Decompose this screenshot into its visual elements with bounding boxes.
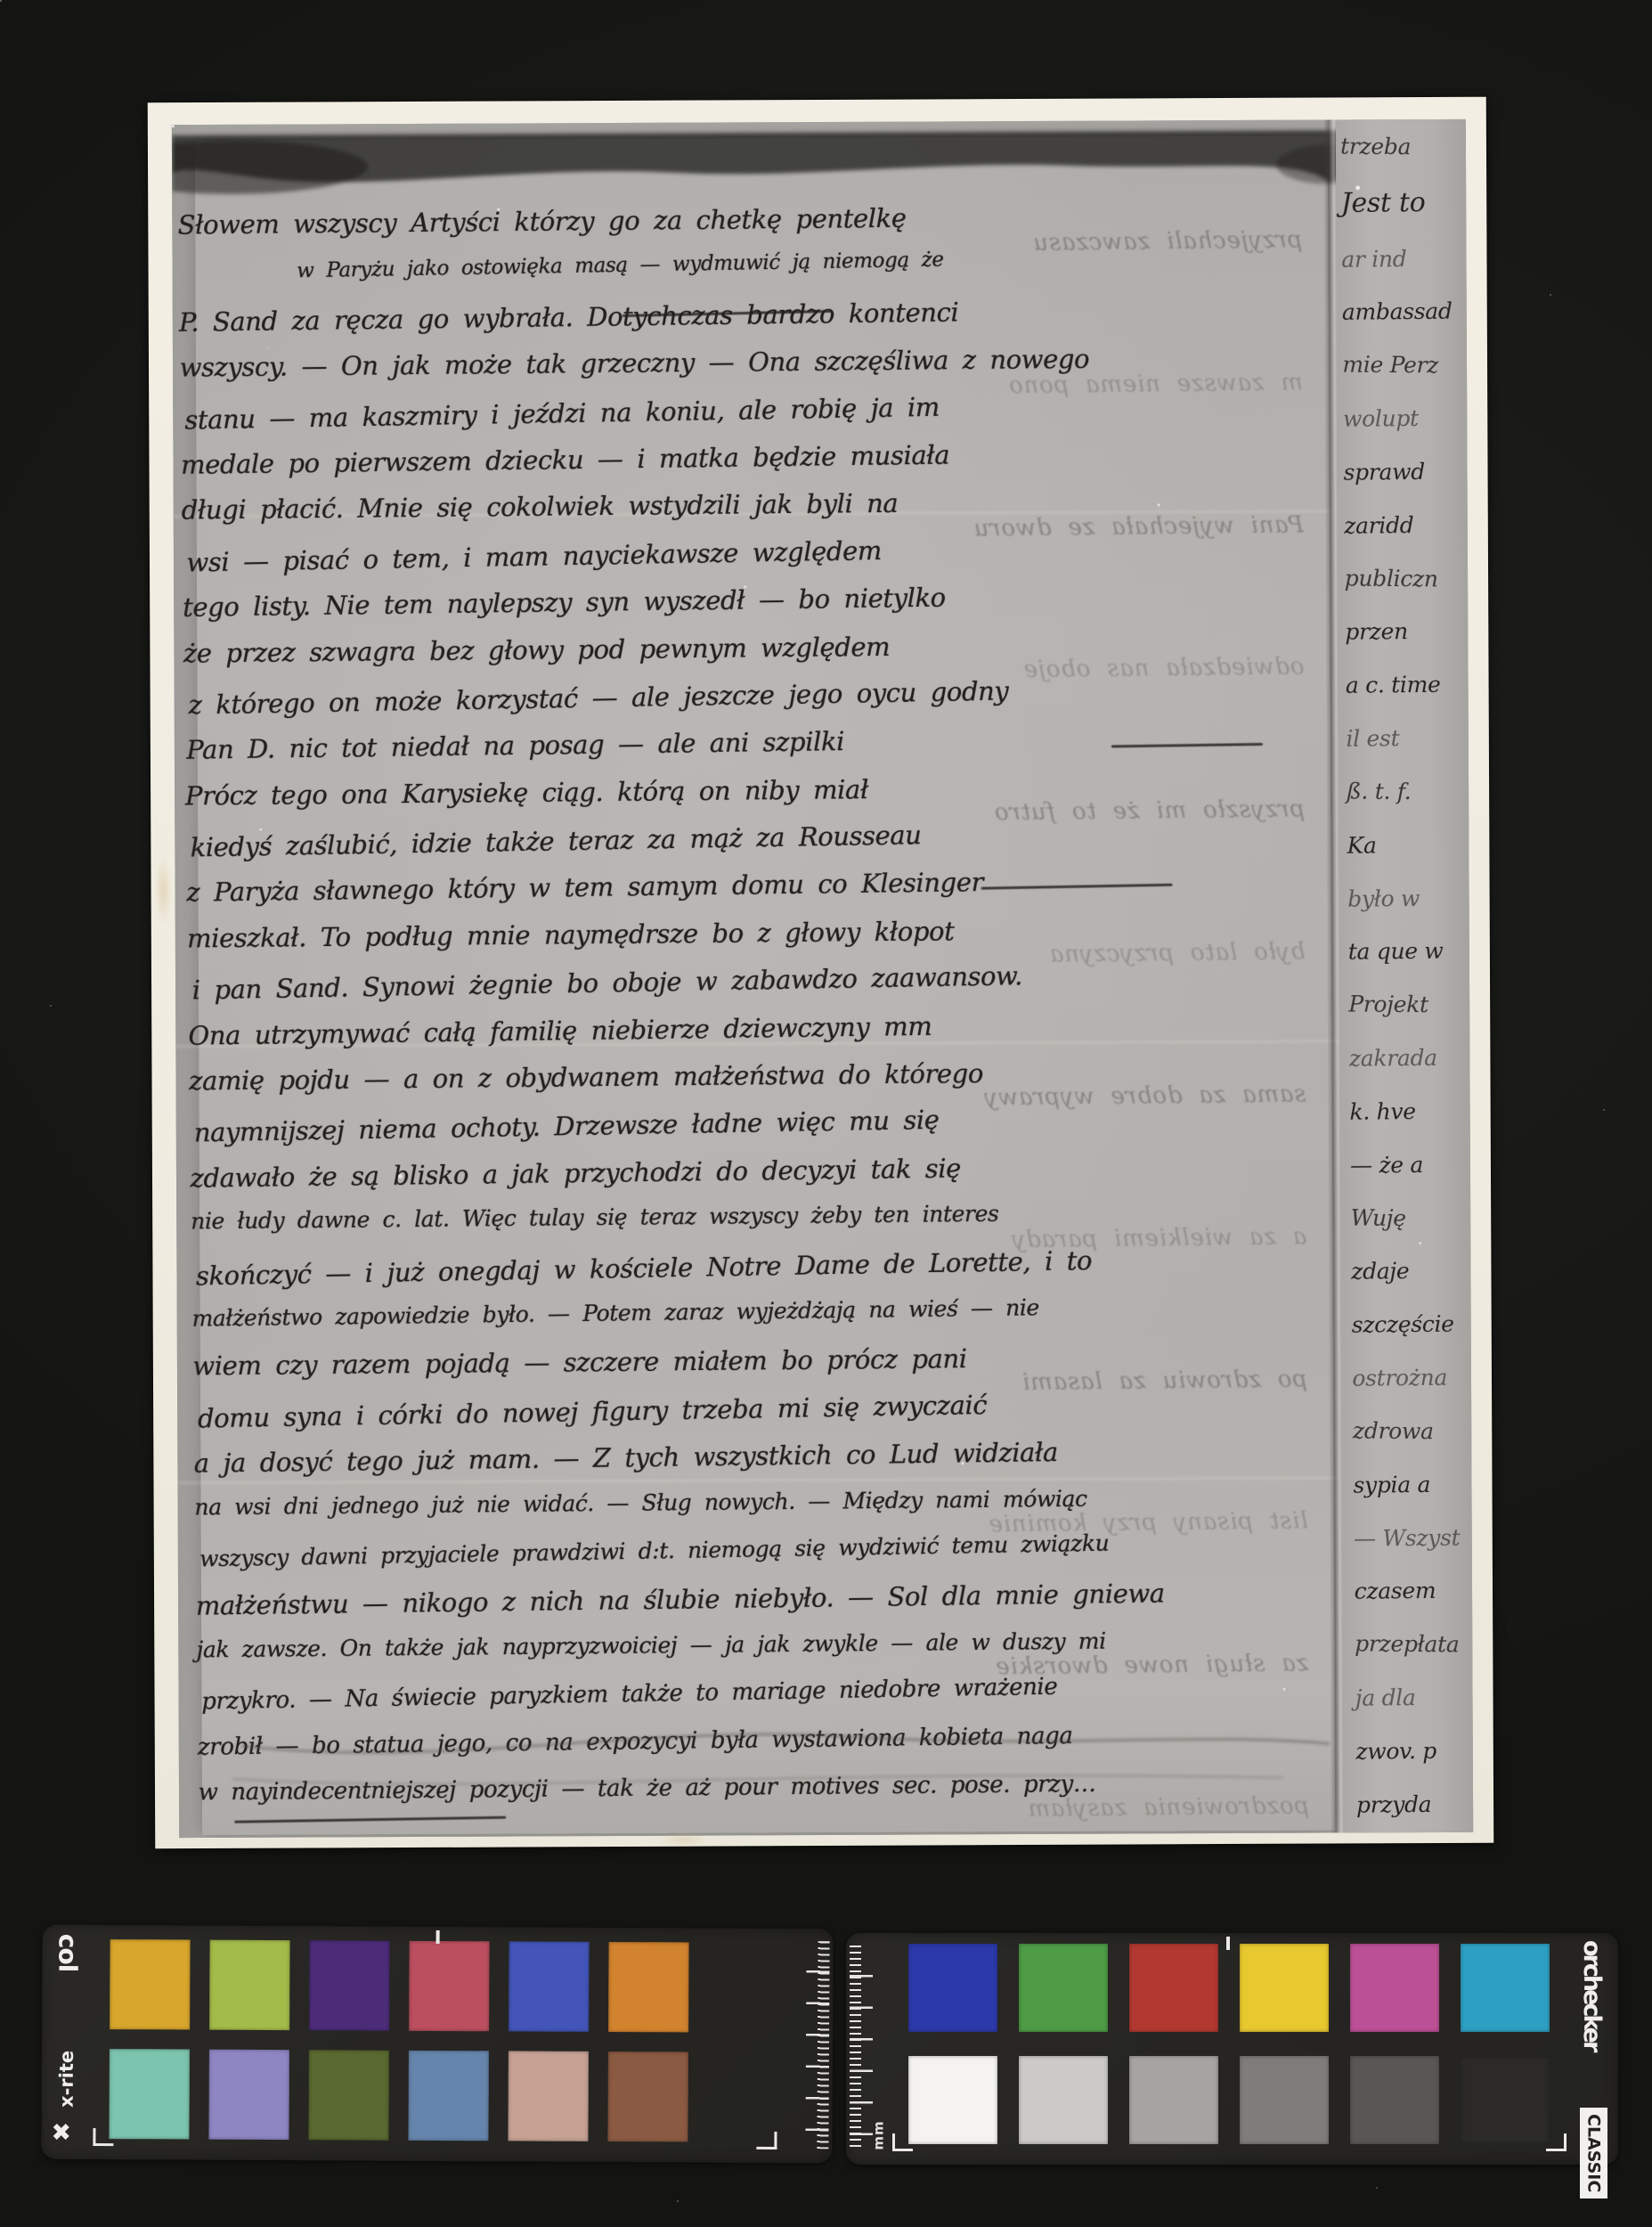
second-page-text-fragment: szczęście xyxy=(1352,1311,1474,1338)
colorchecker-right-strip: mm orchecker CLASSIC xyxy=(846,1933,1618,2165)
corner-bracket xyxy=(892,2133,913,2151)
color-patch xyxy=(1240,2056,1329,2144)
dust-specks xyxy=(172,125,175,127)
photo-print: przyjechali zawczasum zawsze niema ponoP… xyxy=(148,97,1494,1849)
color-patch-grid xyxy=(109,1939,688,2141)
index-tick xyxy=(1226,1937,1230,1950)
color-patch xyxy=(1461,1944,1550,2032)
color-patch xyxy=(1019,2056,1108,2144)
color-patch xyxy=(908,1944,997,2032)
color-patch xyxy=(908,2056,997,2144)
second-page-text-fragment: zakrada xyxy=(1349,1045,1473,1072)
ink-underline xyxy=(293,1837,523,1838)
second-page-text-fragment: przepłata xyxy=(1355,1631,1473,1658)
color-patch xyxy=(308,2050,389,2140)
color-patch xyxy=(607,2052,688,2141)
second-page-text-fragment: czasem xyxy=(1355,1578,1474,1604)
colorchecker-left-strip: col x-rite ✖ xyxy=(41,1925,833,2164)
second-page-text-fragment: Projekt xyxy=(1348,991,1473,1018)
handwriting-block: Słowem wszyscy Artyści którzy go za chet… xyxy=(177,197,1347,1829)
color-patch xyxy=(109,2049,190,2139)
corner-bracket xyxy=(1546,2133,1567,2151)
color-patch xyxy=(508,2051,589,2141)
second-page-text-fragment: trzeba xyxy=(1340,134,1465,160)
paper-stain xyxy=(155,855,171,925)
second-page-text-column: trzebaJest toar indambassadmie Perzwolup… xyxy=(1340,133,1473,1817)
second-page-edge: trzebaJest toar indambassadmie Perzwolup… xyxy=(1336,119,1473,1833)
page-bottom-curve xyxy=(179,1701,1474,1813)
second-page-text-fragment: wolupt xyxy=(1343,405,1468,432)
second-page-text-fragment: zaridd xyxy=(1344,511,1469,538)
second-page-text-fragment: k. hve xyxy=(1349,1097,1473,1124)
index-tick xyxy=(436,1930,440,1944)
color-patch xyxy=(1129,2056,1218,2144)
color-patch xyxy=(209,1940,290,2030)
color-patch xyxy=(509,1941,590,2031)
second-page-text-fragment: sprawd xyxy=(1343,458,1468,485)
colorchecker-wordmark-fragment-left: col xyxy=(53,1934,82,1972)
copy-stand-background: przyjechali zawczasum zawsze niema ponoP… xyxy=(0,0,1652,2227)
second-page-text-fragment: ß. t. f. xyxy=(1347,779,1471,805)
colorchecker-wordmark-fragment-right: orchecker xyxy=(1578,1940,1606,2050)
second-page-text-fragment: ostrożna xyxy=(1352,1364,1473,1391)
color-patch xyxy=(1129,1944,1218,2032)
xrite-logo-icon: ✖ xyxy=(51,2121,71,2145)
manuscript-photograph: przyjechali zawczasum zawsze niema ponoP… xyxy=(172,119,1473,1838)
second-page-text-fragment: zdaje xyxy=(1351,1258,1473,1285)
second-page-text-fragment: — Wszyst xyxy=(1354,1524,1473,1551)
second-page-text-fragment: Wuję xyxy=(1351,1204,1474,1231)
color-patch xyxy=(608,1942,689,2032)
second-page-text-fragment: zdrowa xyxy=(1353,1417,1473,1444)
color-patch xyxy=(1019,1944,1108,2032)
second-page-text-fragment: publiczn xyxy=(1345,565,1469,591)
second-page-text-fragment: a c. time xyxy=(1346,672,1470,698)
color-patch xyxy=(208,2050,289,2140)
mm-ruler xyxy=(803,1941,829,2149)
second-page-text-fragment: przen xyxy=(1345,618,1469,645)
background-dust xyxy=(0,0,2,2)
second-page-text-fragment: Jest to xyxy=(1341,186,1466,218)
color-patch xyxy=(409,1941,490,2031)
color-patch xyxy=(110,1939,191,2029)
corner-bracket xyxy=(93,2128,113,2146)
mm-unit-label: mm xyxy=(871,2120,887,2150)
color-patch xyxy=(408,2051,489,2141)
xrite-wordmark: x-rite xyxy=(56,2051,77,2108)
color-patch xyxy=(1350,1944,1439,2032)
second-page-text-fragment: ar ind xyxy=(1341,245,1466,272)
paper-stain xyxy=(658,1835,710,1846)
second-page-text-fragment: mie Perz xyxy=(1342,352,1467,379)
color-patch xyxy=(1461,2056,1550,2144)
classic-badge: CLASSIC xyxy=(1580,2108,1607,2198)
second-page-text-fragment: było w xyxy=(1347,885,1472,911)
second-page-text-fragment: — że a xyxy=(1350,1151,1473,1178)
color-patch xyxy=(309,1940,390,2030)
second-page-text-fragment: sypia a xyxy=(1353,1471,1473,1497)
color-patch-grid xyxy=(908,1944,1550,2144)
color-patch xyxy=(1350,2056,1439,2144)
second-page-text-fragment: Ka xyxy=(1347,831,1471,858)
second-page-text-fragment: ta que w xyxy=(1348,938,1473,965)
second-page-text-fragment: il est xyxy=(1346,725,1470,752)
second-page-text-fragment: ambassad xyxy=(1342,298,1467,325)
color-patch xyxy=(1240,1944,1329,2032)
corner-bracket xyxy=(756,2132,777,2150)
